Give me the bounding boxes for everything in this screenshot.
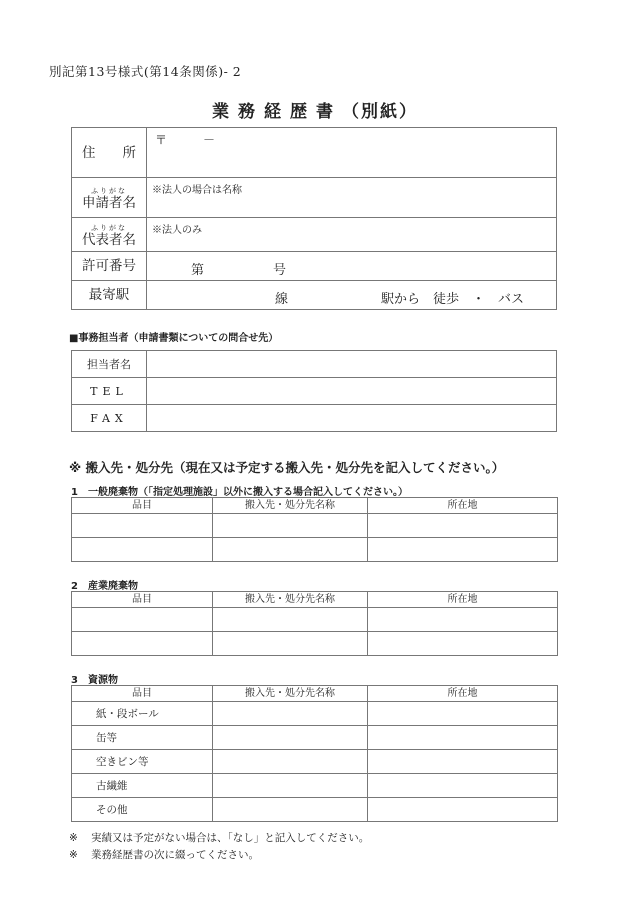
contact-row: TEL bbox=[72, 378, 557, 405]
location-cell[interactable] bbox=[368, 538, 558, 562]
representative-row: ふりがな 代表者名 ※法人のみ bbox=[72, 218, 557, 252]
col-location: 所在地 bbox=[368, 686, 558, 702]
title-main: 業務経歴書 bbox=[212, 102, 342, 122]
contact-row: 担当者名 bbox=[72, 351, 557, 378]
item-bottles: 空きビン等 bbox=[72, 750, 213, 774]
form-reference: 別記第13号様式(第14条関係)- 2 bbox=[49, 62, 241, 80]
contact-row: FAX bbox=[72, 405, 557, 432]
location-cell[interactable] bbox=[368, 632, 558, 656]
permit-number-field[interactable]: 第 号 bbox=[147, 252, 557, 281]
destination-cell[interactable] bbox=[213, 798, 368, 822]
item-cell[interactable] bbox=[72, 538, 213, 562]
col-item: 品目 bbox=[72, 686, 213, 702]
applicant-name-field[interactable]: ※法人の場合は名称 bbox=[147, 178, 557, 218]
location-cell[interactable] bbox=[368, 798, 558, 822]
table-row: 紙・段ボール bbox=[72, 702, 558, 726]
item-cell[interactable] bbox=[72, 608, 213, 632]
col-destination: 搬入先・処分先名称 bbox=[213, 498, 368, 514]
location-cell[interactable] bbox=[368, 702, 558, 726]
destination-cell[interactable] bbox=[213, 538, 368, 562]
destination-cell[interactable] bbox=[213, 774, 368, 798]
general-waste-table: 品目 搬入先・処分先名称 所在地 bbox=[71, 497, 558, 562]
nearest-station-row: 最寄駅 線 駅から 徒歩 ・ バス bbox=[72, 281, 557, 310]
contact-person-label: 担当者名 bbox=[72, 351, 147, 378]
item-other: その他 bbox=[72, 798, 213, 822]
fax-field[interactable] bbox=[147, 405, 557, 432]
section-3-heading: 3 資源物 bbox=[71, 671, 118, 686]
title-suffix: （別紙） bbox=[342, 102, 418, 122]
nearest-station-label: 最寄駅 bbox=[72, 281, 147, 310]
disposal-heading: ※ 搬入先・処分先（現在又は予定する搬入先・処分先を記入してください。） bbox=[69, 458, 504, 476]
nearest-station-field[interactable]: 線 駅から 徒歩 ・ バス bbox=[147, 281, 557, 310]
contact-heading: ■事務担当者（申請書類についての問合せ先） bbox=[69, 329, 278, 344]
col-destination: 搬入先・処分先名称 bbox=[213, 686, 368, 702]
table-row bbox=[72, 632, 558, 656]
table-row: 缶等 bbox=[72, 726, 558, 750]
recyclables-table: 品目 搬入先・処分先名称 所在地 紙・段ボール 缶等 空きビン等 古繊維 その他 bbox=[71, 685, 558, 822]
table-row: その他 bbox=[72, 798, 558, 822]
representative-field[interactable]: ※法人のみ bbox=[147, 218, 557, 252]
note-2: ※業務経歴書の次に綴ってください。 bbox=[69, 847, 259, 862]
item-cell[interactable] bbox=[72, 514, 213, 538]
location-cell[interactable] bbox=[368, 726, 558, 750]
location-cell[interactable] bbox=[368, 514, 558, 538]
applicant-table: 住 所 〒 － ふりがな 申請者名 ※法人の場合は名称 ふりがな 代表者名 ※法… bbox=[71, 127, 557, 310]
col-item: 品目 bbox=[72, 592, 213, 608]
permit-number-row: 許可番号 第 号 bbox=[72, 252, 557, 281]
destination-cell[interactable] bbox=[213, 750, 368, 774]
table-header: 品目 搬入先・処分先名称 所在地 bbox=[72, 592, 558, 608]
section-2-heading: 2 産業廃棄物 bbox=[71, 577, 138, 592]
destination-cell[interactable] bbox=[213, 514, 368, 538]
address-field[interactable]: 〒 － bbox=[147, 128, 557, 178]
note-1: ※実績又は予定がない場合は、「なし」と記入してください。 bbox=[69, 830, 369, 845]
contact-table: 担当者名 TEL FAX bbox=[71, 350, 557, 432]
page-title: 業務経歴書（別紙） bbox=[0, 97, 630, 122]
location-cell[interactable] bbox=[368, 608, 558, 632]
tel-field[interactable] bbox=[147, 378, 557, 405]
applicant-name-row: ふりがな 申請者名 ※法人の場合は名称 bbox=[72, 178, 557, 218]
col-location: 所在地 bbox=[368, 498, 558, 514]
address-row: 住 所 〒 － bbox=[72, 128, 557, 178]
fax-label: FAX bbox=[72, 405, 147, 432]
item-cell[interactable] bbox=[72, 632, 213, 656]
destination-cell[interactable] bbox=[213, 702, 368, 726]
tel-label: TEL bbox=[72, 378, 147, 405]
table-row: 古繊維 bbox=[72, 774, 558, 798]
col-location: 所在地 bbox=[368, 592, 558, 608]
contact-person-field[interactable] bbox=[147, 351, 557, 378]
col-destination: 搬入先・処分先名称 bbox=[213, 592, 368, 608]
location-cell[interactable] bbox=[368, 750, 558, 774]
destination-cell[interactable] bbox=[213, 632, 368, 656]
section-1-heading: 1 一般廃棄物（「指定処理施設」以外に搬入する場合記入してください。） bbox=[71, 483, 408, 498]
applicant-name-label: ふりがな 申請者名 bbox=[72, 178, 147, 218]
table-row bbox=[72, 538, 558, 562]
address-label: 住 所 bbox=[72, 128, 147, 178]
industrial-waste-table: 品目 搬入先・処分先名称 所在地 bbox=[71, 591, 558, 656]
permit-number-label: 許可番号 bbox=[72, 252, 147, 281]
table-header: 品目 搬入先・処分先名称 所在地 bbox=[72, 686, 558, 702]
col-item: 品目 bbox=[72, 498, 213, 514]
item-paper: 紙・段ボール bbox=[72, 702, 213, 726]
table-row bbox=[72, 608, 558, 632]
destination-cell[interactable] bbox=[213, 726, 368, 750]
representative-label: ふりがな 代表者名 bbox=[72, 218, 147, 252]
table-row bbox=[72, 514, 558, 538]
destination-cell[interactable] bbox=[213, 608, 368, 632]
item-textiles: 古繊維 bbox=[72, 774, 213, 798]
location-cell[interactable] bbox=[368, 774, 558, 798]
table-row: 空きビン等 bbox=[72, 750, 558, 774]
item-cans: 缶等 bbox=[72, 726, 213, 750]
table-header: 品目 搬入先・処分先名称 所在地 bbox=[72, 498, 558, 514]
